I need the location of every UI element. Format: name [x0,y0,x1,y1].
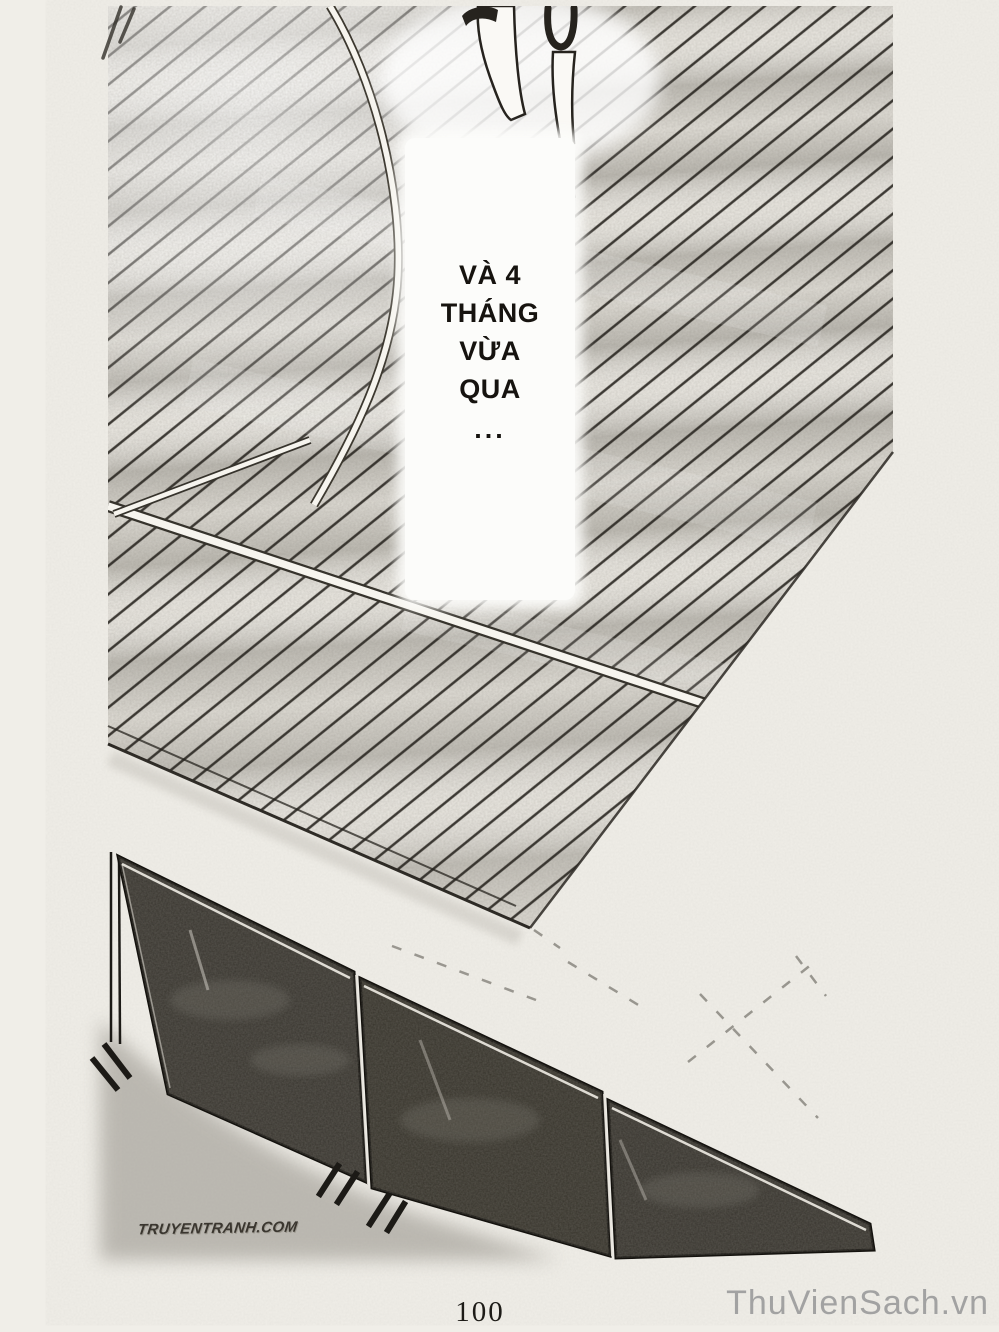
narration-line: QUA [405,370,575,408]
narration-text: VÀ 4 THÁNG VỪA QUA ... [405,138,575,444]
site-watermark: ThuVienSach.vn [589,1284,989,1323]
narration-line: VÀ 4 [405,256,575,294]
manga-page: VÀ 4 THÁNG VỪA QUA ... TRUYENTRANH.COM 1… [0,0,999,1332]
narration-box: VÀ 4 THÁNG VỪA QUA ... [405,138,575,600]
narration-line: THÁNG [405,294,575,332]
narration-ellipsis: ... [405,414,575,444]
scanlation-watermark: TRUYENTRANH.COM [137,1219,299,1239]
page-number: 100 [380,1296,580,1329]
narration-line: VỪA [405,332,575,370]
